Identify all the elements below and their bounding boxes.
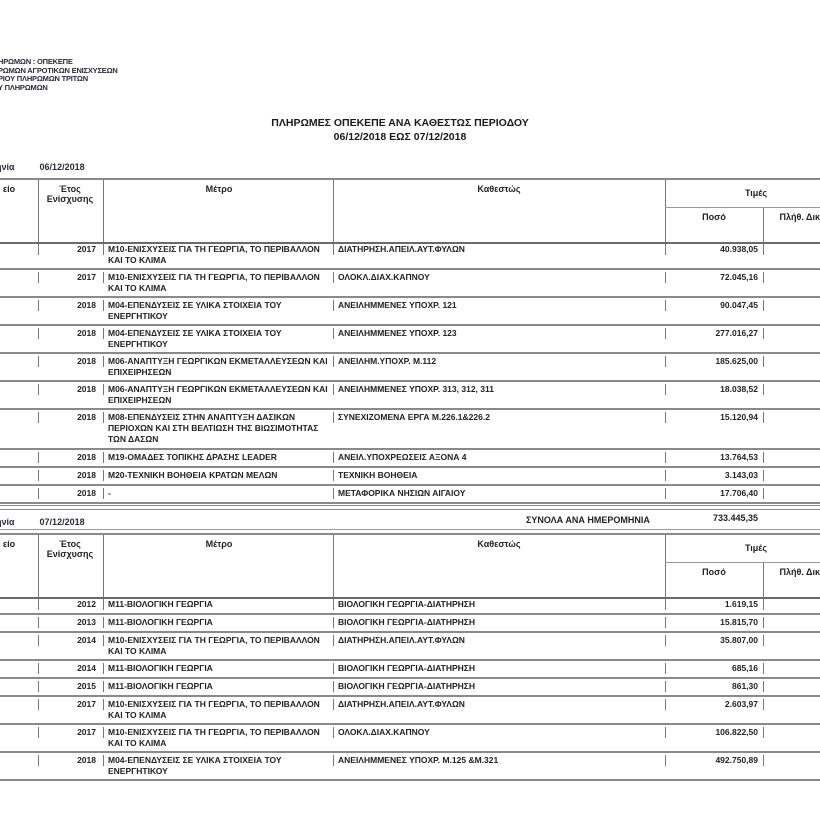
row-measure: M10-ΕΝΙΣΧΥΣΕΙΣ ΓΙΑ ΤΗ ΓΕΩΡΓΙΑ, ΤΟ ΠΕΡΙΒΑ… xyxy=(108,272,336,294)
row-year: 2018 xyxy=(40,488,96,498)
row-status: ΣΥΝΕΧΙΖΟΜΕΝΑ ΕΡΓΑ Μ.226.1&226.2 xyxy=(338,412,658,422)
report-title: ΠΛΗΡΩΜΕΣ ΟΠΕΚΕΠΕ ΑΝΑ ΚΑΘΕΣΤΩΣ ΠΕΡΙΟΔΟΥ xyxy=(0,117,810,129)
cell-divider xyxy=(763,727,764,738)
org-line: Υ ΠΛΗΡΩΜΩΝ xyxy=(0,84,118,93)
cell-divider xyxy=(665,412,666,423)
cell-divider xyxy=(333,663,334,674)
table-row: 2012M11-ΒΙΟΛΟΓΙΚΗ ΓΕΩΡΓΙΑΒΙΟΛΟΓΙΚΗ ΓΕΩΡΓ… xyxy=(0,597,820,615)
row-status: ΤΕΧΝΙΚΗ ΒΟΗΘΕΙΑ xyxy=(338,470,658,480)
col-header-year: Έτος Ενίσχυσης xyxy=(38,535,102,601)
cell-divider xyxy=(38,599,39,610)
cell-divider xyxy=(665,328,666,339)
cell-divider xyxy=(103,681,104,692)
cell-divider xyxy=(38,328,39,339)
cell-divider xyxy=(333,452,334,463)
table-row: 2018M06-ΑΝΑΠΤΥΞΗ ΓΕΩΡΓΙΚΩΝ ΕΚΜΕΤΑΛΛΕΥΣΕΩ… xyxy=(0,382,820,410)
row-measure: M20-ΤΕΧΝΙΚΗ ΒΟΗΘΕΙΑ ΚΡΑΤΩΝ ΜΕΛΩΝ xyxy=(108,470,336,481)
row-year: 2018 xyxy=(40,328,96,338)
cell-divider xyxy=(103,663,104,674)
table-header: είοΈτος ΕνίσχυσηςΜέτροΚαθεστώςΤιμέςΠοσόΠ… xyxy=(0,178,820,244)
row-year: 2014 xyxy=(40,663,96,673)
cell-divider xyxy=(665,727,666,738)
table-header: είοΈτος ΕνίσχυσηςΜέτροΚαθεστώςΤιμέςΠοσόΠ… xyxy=(0,533,820,599)
row-measure: M11-ΒΙΟΛΟΓΙΚΗ ΓΕΩΡΓΙΑ xyxy=(108,599,336,610)
cell-divider xyxy=(333,635,334,646)
cell-divider xyxy=(763,755,764,766)
table-row: 2017M10-ΕΝΙΣΧΥΣΕΙΣ ΓΙΑ ΤΗ ΓΕΩΡΓΙΑ, ΤΟ ΠΕ… xyxy=(0,270,820,298)
cell-divider xyxy=(333,328,334,339)
column-divider xyxy=(38,535,39,597)
cell-divider xyxy=(763,699,764,710)
table-row: 2018M04-ΕΠΕΝΔΥΣΕΙΣ ΣΕ ΥΛΙΚΑ ΣΤΟΙΧΕΙΑ ΤΟΥ… xyxy=(0,753,820,781)
cell-divider xyxy=(763,681,764,692)
cell-divider xyxy=(38,470,39,481)
cell-divider xyxy=(38,755,39,766)
cell-divider xyxy=(665,488,666,499)
cell-divider xyxy=(103,699,104,710)
cell-divider xyxy=(665,699,666,710)
row-status: ΜΕΤΑΦΟΡΙΚΑ ΝΗΣΙΩΝ ΑΙΓΑΙΟΥ xyxy=(338,488,658,498)
cell-divider xyxy=(665,599,666,610)
cell-divider xyxy=(665,617,666,628)
cell-divider xyxy=(665,244,666,255)
cell-divider xyxy=(763,244,764,255)
row-amount: 72.045,16 xyxy=(666,272,758,282)
cell-divider xyxy=(103,412,104,423)
cell-divider xyxy=(38,635,39,646)
row-status: ΒΙΟΛΟΓΙΚΗ ΓΕΩΡΓΙΑ-ΔΙΑΤΗΡΗΣΗ xyxy=(338,681,658,691)
table-row: 2017M10-ΕΝΙΣΧΥΣΕΙΣ ΓΙΑ ΤΗ ΓΕΩΡΓΙΑ, ΤΟ ΠΕ… xyxy=(0,725,820,753)
cell-divider xyxy=(763,272,764,283)
row-measure: M06-ΑΝΑΠΤΥΞΗ ΓΕΩΡΓΙΚΩΝ ΕΚΜΕΤΑΛΛΕΥΣΕΩΝ ΚΑ… xyxy=(108,356,336,378)
cell-divider xyxy=(103,727,104,738)
cell-divider xyxy=(763,470,764,481)
organization-header: ΗΡΩΜΩΝ : ΟΠΕΚΕΠΕ ΡΩΜΩΝ ΑΓΡΟΤΙΚΩΝ ΕΝΙΣΧΥΣ… xyxy=(0,58,118,92)
date-label: ηνία xyxy=(0,162,15,172)
cell-divider xyxy=(665,663,666,674)
row-status: ΟΛΟΚΛ.ΔΙΑΧ.ΚΑΠΝΟΥ xyxy=(338,727,658,737)
section-date-line: ηνία07/12/2018 xyxy=(0,517,85,527)
row-year: 2018 xyxy=(40,470,96,480)
col-header-first: είο xyxy=(0,535,24,601)
row-amount: 2.603,97 xyxy=(666,699,758,709)
section-date-line: ηνία06/12/2018 xyxy=(0,162,85,172)
table-row: 2013M11-ΒΙΟΛΟΓΙΚΗ ΓΕΩΡΓΙΑΒΙΟΛΟΓΙΚΗ ΓΕΩΡΓ… xyxy=(0,615,820,633)
col-header-first: είο xyxy=(0,180,24,246)
row-year: 2017 xyxy=(40,727,96,737)
table-row: 2018M19-ΟΜΑΔΕΣ ΤΟΠΙΚΗΣ ΔΡΑΣΗΣ LEADERΑΝΕΙ… xyxy=(0,450,820,468)
row-status: ΒΙΟΛΟΓΙΚΗ ΓΕΩΡΓΙΑ-ΔΙΑΤΗΡΗΣΗ xyxy=(338,663,658,673)
table-row: 2018M04-ΕΠΕΝΔΥΣΕΙΣ ΣΕ ΥΛΙΚΑ ΣΤΟΙΧΕΙΑ ΤΟΥ… xyxy=(0,326,820,354)
row-measure: M04-ΕΠΕΝΔΥΣΕΙΣ ΣΕ ΥΛΙΚΑ ΣΤΟΙΧΕΙΑ ΤΟΥ ΕΝΕ… xyxy=(108,755,336,777)
cell-divider xyxy=(103,488,104,499)
cell-divider xyxy=(763,300,764,311)
row-year: 2018 xyxy=(40,356,96,366)
row-measure: M11-ΒΙΟΛΟΓΙΚΗ ΓΕΩΡΓΙΑ xyxy=(108,681,336,692)
cell-divider xyxy=(333,272,334,283)
cell-divider xyxy=(763,356,764,367)
cell-divider xyxy=(103,272,104,283)
table-row: 2015M11-ΒΙΟΛΟΓΙΚΗ ΓΕΩΡΓΙΑΒΙΟΛΟΓΙΚΗ ΓΕΩΡΓ… xyxy=(0,679,820,697)
cell-divider xyxy=(38,681,39,692)
row-amount: 1.619,15 xyxy=(666,599,758,609)
col-header-amount: Ποσό xyxy=(666,208,762,246)
cell-divider xyxy=(763,384,764,395)
row-amount: 35.807,00 xyxy=(666,635,758,645)
row-amount: 185.625,00 xyxy=(666,356,758,366)
cell-divider xyxy=(333,681,334,692)
row-amount: 106.822,50 xyxy=(666,727,758,737)
cell-divider xyxy=(763,617,764,628)
cell-divider xyxy=(665,635,666,646)
row-amount: 685,16 xyxy=(666,663,758,673)
cell-divider xyxy=(333,599,334,610)
row-year: 2018 xyxy=(40,384,96,394)
cell-divider xyxy=(763,328,764,339)
col-header-amount: Ποσό xyxy=(666,563,762,601)
row-measure: - xyxy=(108,488,336,499)
cell-divider xyxy=(333,412,334,423)
cell-divider xyxy=(38,384,39,395)
row-year: 2018 xyxy=(40,452,96,462)
row-status: ΑΝΕΙΛΗΜΜΕΝΕΣ ΥΠΟΧΡ. 121 xyxy=(338,300,658,310)
row-year: 2017 xyxy=(40,244,96,254)
cell-divider xyxy=(103,635,104,646)
table-row: 2017M10-ΕΝΙΣΧΥΣΕΙΣ ΓΙΑ ΤΗ ΓΕΩΡΓΙΑ, ΤΟ ΠΕ… xyxy=(0,697,820,725)
row-status: ΔΙΑΤΗΡΗΣΗ.ΑΠΕΙΛ.ΑΥΤ.ΦΥΛΩΝ xyxy=(338,635,658,645)
row-status: ΔΙΑΤΗΡΗΣΗ.ΑΠΕΙΛ.ΑΥΤ.ΦΥΛΩΝ xyxy=(338,699,658,709)
row-measure: M19-ΟΜΑΔΕΣ ΤΟΠΙΚΗΣ ΔΡΑΣΗΣ LEADER xyxy=(108,452,336,463)
cell-divider xyxy=(763,635,764,646)
table-row: 2018M04-ΕΠΕΝΔΥΣΕΙΣ ΣΕ ΥΛΙΚΑ ΣΤΟΙΧΕΙΑ ΤΟΥ… xyxy=(0,298,820,326)
table-row: 2014M10-ΕΝΙΣΧΥΣΕΙΣ ΓΙΑ ΤΗ ΓΕΩΡΓΙΑ, ΤΟ ΠΕ… xyxy=(0,633,820,661)
col-header-year: Έτος Ενίσχυσης xyxy=(38,180,102,246)
cell-divider xyxy=(333,488,334,499)
cell-divider xyxy=(665,755,666,766)
row-status: ΒΙΟΛΟΓΙΚΗ ΓΕΩΡΓΙΑ-ΔΙΑΤΗΡΗΣΗ xyxy=(338,617,658,627)
cell-divider xyxy=(103,617,104,628)
table-row: 2018-ΜΕΤΑΦΟΡΙΚΑ ΝΗΣΙΩΝ ΑΙΓΑΙΟΥ17.706,40 xyxy=(0,486,820,504)
cell-divider xyxy=(665,356,666,367)
cell-divider xyxy=(763,663,764,674)
cell-divider xyxy=(333,699,334,710)
cell-divider xyxy=(665,470,666,481)
date-value: 06/12/2018 xyxy=(40,162,85,172)
row-measure: M10-ΕΝΙΣΧΥΣΕΙΣ ΓΙΑ ΤΗ ΓΕΩΡΓΙΑ, ΤΟ ΠΕΡΙΒΑ… xyxy=(108,244,336,266)
row-amount: 17.706,40 xyxy=(666,488,758,498)
section-total-amount: 733.445,35 xyxy=(666,513,758,523)
cell-divider xyxy=(38,272,39,283)
values-subheader-line xyxy=(665,562,820,563)
cell-divider xyxy=(38,488,39,499)
col-header-status: Καθεστώς xyxy=(334,535,664,601)
row-amount: 15.815,70 xyxy=(666,617,758,627)
cell-divider xyxy=(103,300,104,311)
row-year: 2018 xyxy=(40,300,96,310)
cell-divider xyxy=(38,452,39,463)
cell-divider xyxy=(333,617,334,628)
cell-divider xyxy=(103,470,104,481)
cell-divider xyxy=(38,300,39,311)
row-year: 2015 xyxy=(40,681,96,691)
col-header-measure: Μέτρο xyxy=(104,180,334,246)
row-status: ΔΙΑΤΗΡΗΣΗ.ΑΠΕΙΛ.ΑΥΤ.ΦΥΛΩΝ xyxy=(338,244,658,254)
row-amount: 15.120,94 xyxy=(666,412,758,422)
table-row: 2018M06-ΑΝΑΠΤΥΞΗ ΓΕΩΡΓΙΚΩΝ ΕΚΜΕΤΑΛΛΕΥΣΕΩ… xyxy=(0,354,820,382)
cell-divider xyxy=(763,488,764,499)
cell-divider xyxy=(103,328,104,339)
row-status: ΑΝΕΙΛΗΜΜΕΝΕΣ ΥΠΟΧΡ. Μ.125 &Μ.321 xyxy=(338,755,658,765)
column-divider xyxy=(103,180,104,242)
cell-divider xyxy=(38,699,39,710)
values-subheader-line xyxy=(665,207,820,208)
row-amount: 492.750,89 xyxy=(666,755,758,765)
row-year: 2018 xyxy=(40,755,96,765)
col-header-beneficiaries: Πλήθ. Δικαιού xyxy=(764,208,820,246)
cell-divider xyxy=(665,681,666,692)
report-period: 06/12/2018 ΕΩΣ 07/12/2018 xyxy=(0,131,810,143)
cell-divider xyxy=(38,412,39,423)
row-amount: 3.143,03 xyxy=(666,470,758,480)
cell-divider xyxy=(38,727,39,738)
cell-divider xyxy=(333,384,334,395)
row-measure: M10-ΕΝΙΣΧΥΣΕΙΣ ΓΙΑ ΤΗ ΓΕΩΡΓΙΑ, ΤΟ ΠΕΡΙΒΑ… xyxy=(108,699,336,721)
row-amount: 90.047,45 xyxy=(666,300,758,310)
section-separator xyxy=(0,529,820,530)
column-divider xyxy=(333,535,334,597)
cell-divider xyxy=(665,272,666,283)
cell-divider xyxy=(38,663,39,674)
cell-divider xyxy=(103,384,104,395)
row-measure: M06-ΑΝΑΠΤΥΞΗ ΓΕΩΡΓΙΚΩΝ ΕΚΜΕΤΑΛΛΕΥΣΕΩΝ ΚΑ… xyxy=(108,384,336,406)
cell-divider xyxy=(333,244,334,255)
row-measure: M11-ΒΙΟΛΟΓΙΚΗ ΓΕΩΡΓΙΑ xyxy=(108,617,336,628)
column-divider xyxy=(763,208,764,242)
row-year: 2018 xyxy=(40,412,96,422)
row-amount: 13.764,53 xyxy=(666,452,758,462)
row-year: 2017 xyxy=(40,699,96,709)
table-row: 2018M20-ΤΕΧΝΙΚΗ ΒΟΗΘΕΙΑ ΚΡΑΤΩΝ ΜΕΛΩΝΤΕΧΝ… xyxy=(0,468,820,486)
row-status: ΑΝΕΙΛΗΜΜΕΝΕΣ ΥΠΟΧΡ. 313, 312, 311 xyxy=(338,384,658,394)
table-row: 2018M08-ΕΠΕΝΔΥΣΕΙΣ ΣΤΗΝ ΑΝΑΠΤΥΞΗ ΔΑΣΙΚΩΝ… xyxy=(0,410,820,450)
row-measure: M08-ΕΠΕΝΔΥΣΕΙΣ ΣΤΗΝ ΑΝΑΠΤΥΞΗ ΔΑΣΙΚΩΝ ΠΕΡ… xyxy=(108,412,336,445)
row-status: ΑΝΕΙΛΗΜ.ΥΠΟΧΡ. Μ.112 xyxy=(338,356,658,366)
cell-divider xyxy=(103,755,104,766)
row-amount: 277.016,27 xyxy=(666,328,758,338)
date-label: ηνία xyxy=(0,517,15,527)
row-amount: 861,30 xyxy=(666,681,758,691)
column-divider xyxy=(665,180,666,242)
cell-divider xyxy=(38,244,39,255)
column-divider xyxy=(38,180,39,242)
row-status: ΟΛΟΚΛ.ΔΙΑΧ.ΚΑΠΝΟΥ xyxy=(338,272,658,282)
row-amount: 40.938,05 xyxy=(666,244,758,254)
row-year: 2012 xyxy=(40,599,96,609)
row-status: ΒΙΟΛΟΓΙΚΗ ΓΕΩΡΓΙΑ-ΔΙΑΤΗΡΗΣΗ xyxy=(338,599,658,609)
cell-divider xyxy=(103,452,104,463)
row-year: 2013 xyxy=(40,617,96,627)
cell-divider xyxy=(665,300,666,311)
row-measure: M10-ΕΝΙΣΧΥΣΕΙΣ ΓΙΑ ΤΗ ΓΕΩΡΓΙΑ, ΤΟ ΠΕΡΙΒΑ… xyxy=(108,727,336,749)
cell-divider xyxy=(333,470,334,481)
cell-divider xyxy=(665,384,666,395)
date-value: 07/12/2018 xyxy=(40,517,85,527)
column-divider xyxy=(103,535,104,597)
row-status: ΑΝΕΙΛ.ΥΠΟΧΡΕΩΣΕΙΣ ΑΞΟΝΑ 4 xyxy=(338,452,658,462)
row-measure: M10-ΕΝΙΣΧΥΣΕΙΣ ΓΙΑ ΤΗ ΓΕΩΡΓΙΑ, ΤΟ ΠΕΡΙΒΑ… xyxy=(108,635,336,657)
row-measure: M04-ΕΠΕΝΔΥΣΕΙΣ ΣΕ ΥΛΙΚΑ ΣΤΟΙΧΕΙΑ ΤΟΥ ΕΝΕ… xyxy=(108,328,336,350)
row-measure: M11-ΒΙΟΛΟΓΙΚΗ ΓΕΩΡΓΙΑ xyxy=(108,663,336,674)
cell-divider xyxy=(333,300,334,311)
cell-divider xyxy=(665,452,666,463)
cell-divider xyxy=(103,599,104,610)
cell-divider xyxy=(38,356,39,367)
column-divider xyxy=(763,563,764,597)
table-row: 2014M11-ΒΙΟΛΟΓΙΚΗ ΓΕΩΡΓΙΑΒΙΟΛΟΓΙΚΗ ΓΕΩΡΓ… xyxy=(0,661,820,679)
cell-divider xyxy=(103,244,104,255)
table-row: 2017M10-ΕΝΙΣΧΥΣΕΙΣ ΓΙΑ ΤΗ ΓΕΩΡΓΙΑ, ΤΟ ΠΕ… xyxy=(0,242,820,270)
col-header-measure: Μέτρο xyxy=(104,535,334,601)
row-amount: 18.038,52 xyxy=(666,384,758,394)
column-divider xyxy=(665,535,666,597)
column-divider xyxy=(333,180,334,242)
row-status: ΑΝΕΙΛΗΜΜΕΝΕΣ ΥΠΟΧΡ. 123 xyxy=(338,328,658,338)
cell-divider xyxy=(763,412,764,423)
row-year: 2014 xyxy=(40,635,96,645)
cell-divider xyxy=(38,617,39,628)
row-year: 2017 xyxy=(40,272,96,282)
col-header-beneficiaries: Πλήθ. Δικαιού xyxy=(764,563,820,601)
section-total-label: ΣΥΝΟΛΑ ΑΝΑ ΗΜΕΡΟΜΗΝΙΑ xyxy=(526,515,650,525)
cell-divider xyxy=(333,727,334,738)
section-end-rule xyxy=(0,505,820,510)
cell-divider xyxy=(763,599,764,610)
row-measure: M04-ΕΠΕΝΔΥΣΕΙΣ ΣΕ ΥΛΙΚΑ ΣΤΟΙΧΕΙΑ ΤΟΥ ΕΝΕ… xyxy=(108,300,336,322)
cell-divider xyxy=(103,356,104,367)
cell-divider xyxy=(763,452,764,463)
cell-divider xyxy=(333,755,334,766)
cell-divider xyxy=(333,356,334,367)
col-header-status: Καθεστώς xyxy=(334,180,664,246)
